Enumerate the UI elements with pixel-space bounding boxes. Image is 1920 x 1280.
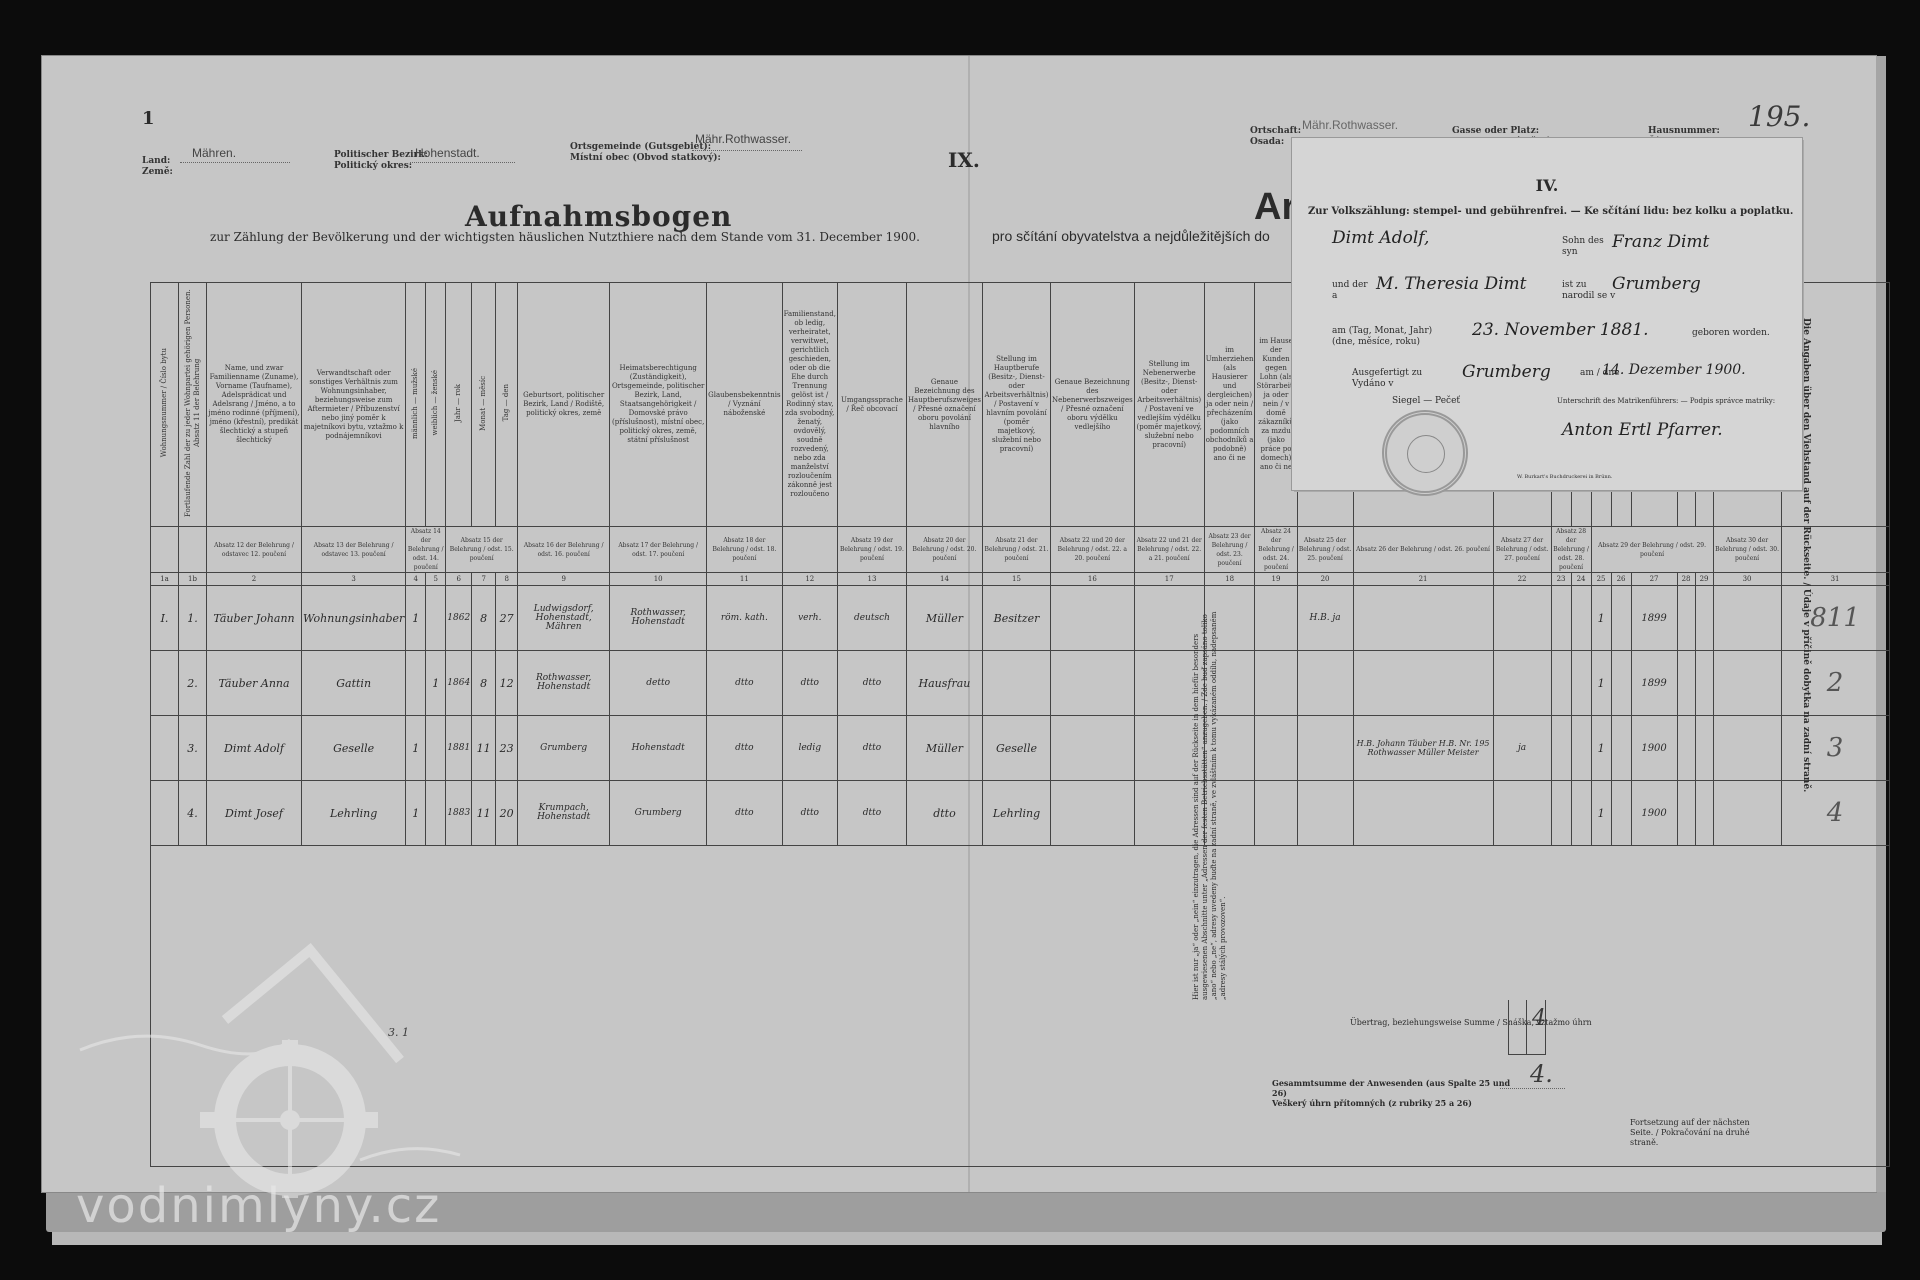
- absatz-cell: Absatz 19 der Belehrung / odst. 19. pouč…: [837, 527, 906, 573]
- cell-birthplace: Ludwigsdorf, Hohenstadt, Mähren: [518, 586, 610, 651]
- land-value: Mähren.: [192, 146, 236, 160]
- col-number: 10: [610, 573, 707, 586]
- cell-col28: [1677, 586, 1695, 651]
- cell-year: 1864: [446, 651, 472, 716]
- fortsetzung-note: Fortsetzung auf der nächsten Seite. / Po…: [1630, 1118, 1770, 1148]
- cell-female: [426, 781, 446, 846]
- header-col-14: Genaue Bezeichnung des Hauptberufszweige…: [906, 283, 982, 527]
- cell-marital: dtto: [782, 651, 837, 716]
- birth-certificate: IV. Zur Volkszählung: stempel- und gebüh…: [1292, 138, 1802, 490]
- absatz-cell: Absatz 15 der Belehrung / odst. 15. pouč…: [446, 527, 518, 573]
- cell-col22: [1493, 781, 1551, 846]
- col-number: 13: [837, 573, 906, 586]
- cell-position: [982, 651, 1050, 716]
- cell-wohnung: [151, 651, 179, 716]
- cert-und-label: und dera: [1332, 280, 1368, 302]
- cell-since-year: 1899: [1631, 586, 1677, 651]
- col-number: 5: [426, 573, 446, 586]
- header-col-18: im Umherziehen (als Hausierer und dergle…: [1204, 283, 1255, 527]
- cell-language: deutsch: [837, 586, 906, 651]
- col-number: 9: [518, 573, 610, 586]
- cell-occupation: Müller: [906, 716, 982, 781]
- subtitle-german: zur Zählung der Bevölkerung und der wich…: [210, 230, 920, 244]
- cell-col23: [1551, 781, 1571, 846]
- cell-religion: dtto: [707, 716, 782, 781]
- absatz-cell: Absatz 13 der Belehrung / odstavec 13. p…: [302, 527, 406, 573]
- cell-col19: [1255, 716, 1297, 781]
- absatz-cell: Absatz 24 der Belehrung / odst. 24. pouč…: [1255, 527, 1297, 573]
- cell-occupation: dtto: [906, 781, 982, 846]
- cell-wohnung: I.: [151, 586, 179, 651]
- header-col-15: Stellung im Hauptberufe (Besitz-, Dienst…: [982, 283, 1050, 527]
- cell-col22: [1493, 651, 1551, 716]
- cell-month: 11: [472, 781, 496, 846]
- col-number: 15: [982, 573, 1050, 586]
- cell-marital: verh.: [782, 586, 837, 651]
- col-number: 29: [1695, 573, 1713, 586]
- cell-birthplace: Krumpach, Hohenstadt: [518, 781, 610, 846]
- cell-col25: 1: [1591, 716, 1611, 781]
- col-number: 26: [1611, 573, 1631, 586]
- table-row: 2. Täuber Anna Gattin 1 1864 8 12 Rothwa…: [151, 651, 1890, 716]
- cell-day: 20: [496, 781, 518, 846]
- cell-relation: Lehrling: [302, 781, 406, 846]
- cert-heading: Zur Volkszählung: stempel- und gebührenf…: [1308, 206, 1793, 217]
- cell-religion: dtto: [707, 651, 782, 716]
- col20-vertical-note: Hier ist nur „ja“ oder „nein“ einzutrage…: [1192, 600, 1212, 1000]
- cell-col22: [1493, 586, 1551, 651]
- subtitle-czech: pro sčítání obyvatelstva a nejdůležitějš…: [992, 228, 1270, 244]
- cell-employer: H.B. Johann Täuber H.B. Nr. 195 Rothwass…: [1353, 716, 1493, 781]
- absatz-cell: Absatz 26 der Belehrung / odst. 26. pouč…: [1353, 527, 1493, 573]
- col-number: 30: [1713, 573, 1781, 586]
- header-col-3: Verwandtschaft oder sonstiges Verhältnis…: [302, 283, 406, 527]
- col-number: 6: [446, 573, 472, 586]
- col-number: 20: [1297, 573, 1353, 586]
- cell-language: dtto: [837, 651, 906, 716]
- cell-employer: [1353, 781, 1493, 846]
- cell-secondary-occupation: [1050, 716, 1134, 781]
- col-number: 31: [1781, 573, 1889, 586]
- cell-col20: [1297, 651, 1353, 716]
- col-number: 12: [782, 573, 837, 586]
- header-col-10: Heimatsberechtigung (Zuständigkeit), Ort…: [610, 283, 707, 527]
- absatz-cell: Absatz 22 und 21 der Belehrung / odst. 2…: [1134, 527, 1204, 573]
- absatz-cell: Absatz 14 der Belehrung / odst. 14. pouč…: [406, 527, 446, 573]
- uebertrag-label: Übertrag, beziehungsweise Summe / Snáška…: [1350, 1018, 1592, 1028]
- cert-issued-place: Grumberg: [1462, 362, 1551, 382]
- cell-col24: [1571, 716, 1591, 781]
- bezirk-dotline: [410, 162, 515, 163]
- gesamt-value: 4.: [1530, 1060, 1553, 1088]
- cell-month: 8: [472, 651, 496, 716]
- cell-col29: [1695, 781, 1713, 846]
- cell-birthplace: Rothwasser, Hohenstadt: [518, 651, 610, 716]
- table-row: I. 1. Täuber Johann Wohnungsinhaber 1 18…: [151, 586, 1890, 651]
- absatz-cell: Absatz 25 der Belehrung / odst. 25. pouč…: [1297, 527, 1353, 573]
- cell-year: 1862: [446, 586, 472, 651]
- cert-signature: Anton Ertl Pfarrer.: [1562, 420, 1723, 440]
- gemeinde-dotline: [692, 150, 802, 151]
- cell-relation: Geselle: [302, 716, 406, 781]
- col-number: 24: [1571, 573, 1591, 586]
- cell-male: 1: [406, 716, 426, 781]
- cell-wohnung: [151, 716, 179, 781]
- cell-col28: [1677, 716, 1695, 781]
- cell-marital: ledig: [782, 716, 837, 781]
- cell-col30: [1713, 586, 1781, 651]
- cell-employer: [1353, 586, 1493, 651]
- gemeinde-value: Mähr.Rothwasser.: [695, 132, 791, 146]
- cell-col23: [1551, 716, 1571, 781]
- absatz-cell: [782, 527, 837, 573]
- cell-col26: [1611, 586, 1631, 651]
- watermark-text: vodnimlyny.cz: [76, 1178, 441, 1234]
- land-label: Land:Země:: [142, 156, 173, 178]
- cell-female: [426, 586, 446, 651]
- col-number: 21: [1353, 573, 1493, 586]
- absatz-cell: [179, 527, 207, 573]
- cell-col19: [1255, 586, 1297, 651]
- header-col-4: männlich — mužské: [406, 283, 426, 527]
- cell-position: Besitzer: [982, 586, 1050, 651]
- cell-year: 1883: [446, 781, 472, 846]
- cell-month: 8: [472, 586, 496, 651]
- cell-col31: 4: [1781, 781, 1889, 846]
- cell-col28: [1677, 781, 1695, 846]
- cell-col20: [1297, 781, 1353, 846]
- absatz-cell: Absatz 22 und 20 der Belehrung / odst. 2…: [1050, 527, 1134, 573]
- cert-date-label: am (Tag, Monat, Jahr)(dne, měsíce, roku): [1332, 326, 1432, 348]
- col-number: 28: [1677, 573, 1695, 586]
- table-row: 4. Dimt Josef Lehrling 1 1883 11 20 Krum…: [151, 781, 1890, 846]
- col-number: 1a: [151, 573, 179, 586]
- cell-domicile: Rothwasser, Hohenstadt: [610, 586, 707, 651]
- cell-col24: [1571, 781, 1591, 846]
- cell-name: Täuber Johann: [207, 586, 302, 651]
- header-col-6: Jahr — rok: [446, 283, 472, 527]
- cell-day: 12: [496, 651, 518, 716]
- cell-col30: [1713, 651, 1781, 716]
- cell-since-year: 1900: [1631, 781, 1677, 846]
- cell-male: 1: [406, 586, 426, 651]
- col-number: 3: [302, 573, 406, 586]
- ortschaft-value: Mähr.Rothwasser.: [1302, 118, 1398, 132]
- cell-relation: Wohnungsinhaber: [302, 586, 406, 651]
- col-number: 8: [496, 573, 518, 586]
- cert-siegel-label: Siegel — Pečeť: [1392, 396, 1460, 407]
- absatz-cell: Absatz 17 der Belehrung / odst. 17. pouč…: [610, 527, 707, 573]
- cert-issued-date: 14. Dezember 1900.: [1602, 362, 1746, 378]
- cell-male: 1: [406, 781, 426, 846]
- absatz-cell: Absatz 27 der Belehrung / odst. 27. pouč…: [1493, 527, 1551, 573]
- gesamt-label: Gesammtsumme der Anwesenden (aus Spalte …: [1272, 1078, 1517, 1108]
- col-number: 23: [1551, 573, 1571, 586]
- header-col-12: Familienstand, ob ledig, verheiratet, ve…: [782, 283, 837, 527]
- cert-person-name: Dimt Adolf,: [1332, 228, 1429, 248]
- col-number: 2: [207, 573, 302, 586]
- cell-lfd-nr: 4.: [179, 781, 207, 846]
- page-number: 1: [142, 108, 155, 129]
- cell-secondary-occupation: [1050, 781, 1134, 846]
- cert-printer: W. Burkart's Buchdruckerei in Brünn.: [1517, 472, 1612, 483]
- header-col-13: Umgangssprache / Řeč obcovací: [837, 283, 906, 527]
- cell-domicile: Grumberg: [610, 781, 707, 846]
- cell-col24: [1571, 586, 1591, 651]
- cell-secondary-occupation: [1050, 651, 1134, 716]
- cell-occupation: Hausfrau: [906, 651, 982, 716]
- header-col-19: im Hause der Kunden gegen Lohn (als Stör…: [1255, 283, 1297, 527]
- table-row: 3. Dimt Adolf Geselle 1 1881 11 23 Grumb…: [151, 716, 1890, 781]
- cell-col31: 3: [1781, 716, 1889, 781]
- header-col-8: Tag — den: [496, 283, 518, 527]
- cell-col29: [1695, 716, 1713, 781]
- uebertrag-value: 4: [1532, 1006, 1546, 1031]
- cell-since-year: 1900: [1631, 716, 1677, 781]
- cell-col24: [1571, 651, 1591, 716]
- header-col-1a: Wohnungsnummer / Číslo bytu: [151, 283, 179, 527]
- col-number: 27: [1631, 573, 1677, 586]
- cell-year: 1881: [446, 716, 472, 781]
- header-col-7: Monat — měsíc: [472, 283, 496, 527]
- cell-col23: [1551, 586, 1571, 651]
- col-number: 25: [1591, 573, 1611, 586]
- cell-col22: ja: [1493, 716, 1551, 781]
- absatz-cell: Absatz 18 der Belehrung / odst. 18. pouč…: [707, 527, 782, 573]
- absatz-cell: Absatz 16 der Belehrung / odst. 16. pouč…: [518, 527, 610, 573]
- col-number: 16: [1050, 573, 1134, 586]
- cell-language: dtto: [837, 781, 906, 846]
- cell-birthplace: Grumberg: [518, 716, 610, 781]
- cert-ausgefertigt-label: Ausgefertigt zuVydáno v: [1352, 368, 1422, 390]
- header-col-11: Glaubensbekenntnis / Vyznání náboženské: [707, 283, 782, 527]
- header-col-9: Geburtsort, politischer Bezirk, Land / R…: [518, 283, 610, 527]
- cell-col31: 2: [1781, 651, 1889, 716]
- absatz-cell: Absatz 21 der Belehrung / odst. 21. pouč…: [982, 527, 1050, 573]
- cell-occupation: Müller: [906, 586, 982, 651]
- cell-col20: [1297, 716, 1353, 781]
- cell-name: Dimt Adolf: [207, 716, 302, 781]
- col-number: 19: [1255, 573, 1297, 586]
- livestock-side-note: Die Angaben über den Viehstand auf der R…: [1800, 318, 1812, 792]
- col-number: 4: [406, 573, 426, 586]
- cert-father-name: Franz Dimt: [1612, 232, 1709, 252]
- absatz-cell: Absatz 30 der Belehrung / odst. 30. pouč…: [1713, 527, 1781, 573]
- column-number-row: 1a 1b 2 3 4 5 6 7 8 9 10 11 12 13 14 15 …: [151, 573, 1890, 586]
- cell-since-year: 1899: [1631, 651, 1677, 716]
- cell-male: [406, 651, 426, 716]
- cell-domicile: Hohenstadt: [610, 716, 707, 781]
- absatz-cell: [1781, 527, 1889, 573]
- cell-religion: röm. kath.: [707, 586, 782, 651]
- cell-col25: 1: [1591, 586, 1611, 651]
- absatz-cell: Absatz 23 der Belehrung / odst. 23. pouč…: [1204, 527, 1255, 573]
- cell-relation: Gattin: [302, 651, 406, 716]
- hausnummer-value: 195.: [1748, 100, 1810, 133]
- bezirk-value: Hohenstadt.: [415, 146, 480, 160]
- cert-ist-zu-label: ist zunarodil se v: [1562, 280, 1615, 302]
- cell-col26: [1611, 716, 1631, 781]
- cell-col30: [1713, 781, 1781, 846]
- cell-col20: H.B. ja: [1297, 586, 1353, 651]
- absatz-cell: Absatz 29 der Belehrung / odst. 29. pouč…: [1591, 527, 1713, 573]
- cell-female: 1: [426, 651, 446, 716]
- cell-position: Geselle: [982, 716, 1050, 781]
- cell-lfd-nr: 2.: [179, 651, 207, 716]
- cell-language: dtto: [837, 716, 906, 781]
- cell-col23: [1551, 651, 1571, 716]
- form-number: IX.: [948, 148, 980, 172]
- cell-name: Täuber Anna: [207, 651, 302, 716]
- cell-col19: [1255, 651, 1297, 716]
- cell-day: 27: [496, 586, 518, 651]
- col-number: 11: [707, 573, 782, 586]
- header-col-17: Stellung im Nebenerwerbe (Besitz-, Diens…: [1134, 283, 1204, 527]
- cell-religion: dtto: [707, 781, 782, 846]
- col-number: 22: [1493, 573, 1551, 586]
- cell-col31: 811: [1781, 586, 1889, 651]
- col-number: 14: [906, 573, 982, 586]
- col-number: 7: [472, 573, 496, 586]
- absatz-cell: Absatz 12 der Belehrung / odstavec 12. p…: [207, 527, 302, 573]
- cell-col19: [1255, 781, 1297, 846]
- title-german: Aufnahmsbogen: [465, 200, 732, 233]
- cell-col29: [1695, 651, 1713, 716]
- cert-mother-name: M. Theresia Dimt: [1376, 274, 1526, 294]
- cell-month: 11: [472, 716, 496, 781]
- cell-day: 23: [496, 716, 518, 781]
- bezirk-label: Politischer Bezirk:Politický okres:: [334, 150, 428, 172]
- cell-col25: 1: [1591, 651, 1611, 716]
- cell-col26: [1611, 781, 1631, 846]
- cell-lfd-nr: 3.: [179, 716, 207, 781]
- absatz-row: Absatz 12 der Belehrung / odstavec 12. p…: [151, 527, 1890, 573]
- cert-birthplace: Grumberg: [1612, 274, 1701, 294]
- land-dotline: [180, 162, 290, 163]
- parish-seal: [1382, 410, 1468, 496]
- cert-form-number: IV.: [1292, 176, 1802, 195]
- cell-col28: [1677, 651, 1695, 716]
- header-col-16: Genaue Bezeichnung des Nebenerwerbszweig…: [1050, 283, 1134, 527]
- col-number: 17: [1134, 573, 1204, 586]
- col-number: 18: [1204, 573, 1255, 586]
- cell-female: [426, 716, 446, 781]
- cell-domicile: detto: [610, 651, 707, 716]
- absatz-cell: Absatz 20 der Belehrung / odst. 20. pouč…: [906, 527, 982, 573]
- cert-unterschrift-label: Unterschrift des Matrikenführers: — Podp…: [1557, 396, 1775, 407]
- title-czech: Ar: [1254, 186, 1296, 229]
- col-number: 1b: [179, 573, 207, 586]
- seal-inner: [1407, 435, 1445, 473]
- cert-geboren-label: geboren worden.: [1692, 328, 1770, 339]
- absatz-cell: Absatz 28 der Belehrung / odst. 28. pouč…: [1551, 527, 1591, 573]
- header-col-5: weiblich — ženské: [426, 283, 446, 527]
- cell-lfd-nr: 1.: [179, 586, 207, 651]
- cell-marital: dtto: [782, 781, 837, 846]
- cert-sohn-label: Sohn dessyn: [1562, 236, 1604, 258]
- absatz-cell: [151, 527, 179, 573]
- cert-birth-date: 23. November 1881.: [1472, 320, 1648, 340]
- cell-employer: [1353, 651, 1493, 716]
- cell-position: Lehrling: [982, 781, 1050, 846]
- cell-col25: 1: [1591, 781, 1611, 846]
- cell-col26: [1611, 651, 1631, 716]
- header-col-2: Name, und zwar Familienname (Zuname), Vo…: [207, 283, 302, 527]
- cell-wohnung: [151, 781, 179, 846]
- cell-col30: [1713, 716, 1781, 781]
- cell-name: Dimt Josef: [207, 781, 302, 846]
- header-col-1b: Fortlaufende Zahl der zu jeder Wohnparte…: [179, 283, 207, 527]
- cell-col29: [1695, 586, 1713, 651]
- gesamt-dotline: [1500, 1088, 1565, 1089]
- cell-secondary-occupation: [1050, 586, 1134, 651]
